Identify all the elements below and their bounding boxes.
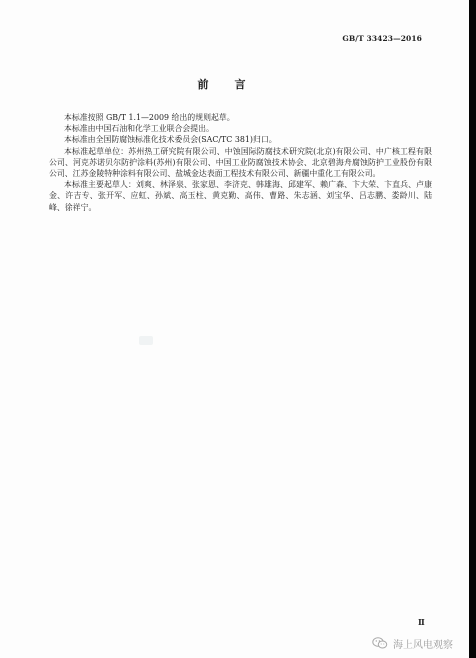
paragraph-drafters: 本标准主要起草人：刘爽、林泽泉、张家恩、李济克、韩雄海、邱建军、赖广森、卞大荣、… xyxy=(49,179,432,213)
paragraph-proposer: 本标准由中国石油和化学工业联合会提出。 xyxy=(49,123,432,134)
scan-artifact xyxy=(139,336,153,345)
paragraph-drafting-units: 本标准起草单位：苏州热工研究院有限公司、中蚀国际防腐技术研究院(北京)有限公司、… xyxy=(49,146,432,180)
paragraph-drafting-rules: 本标准按照 GB/T 1.1—2009 给出的规则起草。 xyxy=(49,112,432,123)
standard-code: GB/T 33423—2016 xyxy=(342,34,422,43)
paragraph-committee: 本标准由全国防腐蚀标准化技术委员会(SAC/TC 381)归口。 xyxy=(49,134,432,145)
document-page: GB/T 33423—2016 前言 本标准按照 GB/T 1.1—2009 给… xyxy=(0,0,469,658)
page-title: 前言 xyxy=(0,76,469,92)
foreword-body: 本标准按照 GB/T 1.1—2009 给出的规则起草。 本标准由中国石油和化学… xyxy=(49,112,432,213)
scan-edge xyxy=(469,0,476,658)
page-number: Ⅱ xyxy=(418,617,425,627)
watermark: 海上风电观察 xyxy=(372,635,453,651)
wechat-icon xyxy=(372,636,388,650)
watermark-text: 海上风电观察 xyxy=(393,636,453,651)
